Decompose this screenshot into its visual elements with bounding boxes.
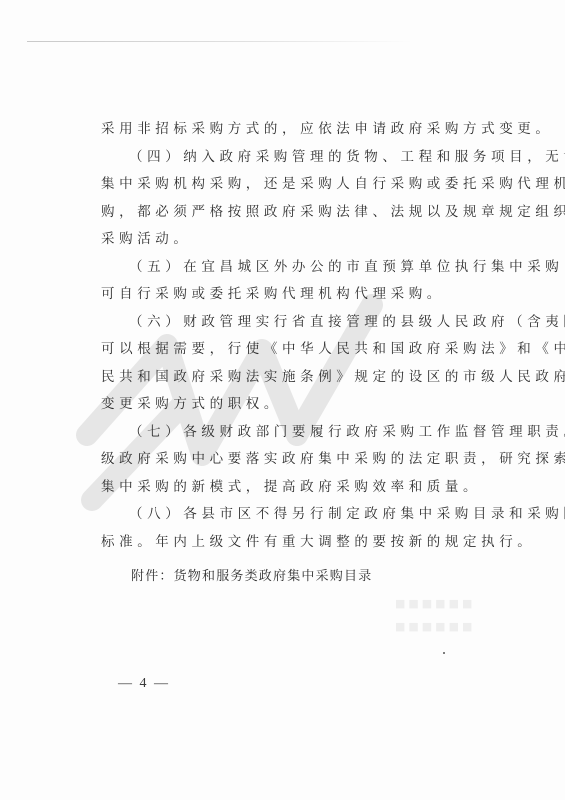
paragraph-6-start: （六）财政管理实行省直接管理的县级人民政府（含夷陵区） <box>101 309 493 337</box>
paragraph-7-start: （七）各级财政部门要履行政府采购工作监督管理职责。各 <box>101 419 493 447</box>
text-line: 变更采购方式的职权。 <box>101 391 493 419</box>
scan-speck <box>443 652 445 654</box>
text-line: 可以根据需要，行使《中华人民共和国政府采购法》和《中华人 <box>101 336 493 364</box>
attachment-label: 附件：货物和服务类政府集中采购目录 <box>131 565 372 589</box>
text-line: 集中采购机构采购，还是采购人自行采购或委托采购代理机构采 <box>101 171 493 199</box>
document-page: ■■■■■■ ■■■■■■ 采用非招标采购方式的，应依法申请政府采购方式变更。 … <box>0 0 565 800</box>
header-rule <box>27 41 412 42</box>
paragraph-4-start: （四）纳入政府采购管理的货物、工程和服务项目，无论是 <box>101 144 493 172</box>
text-line: 采用非招标采购方式的，应依法申请政府采购方式变更。 <box>101 116 493 144</box>
paragraph-5-start: （五）在宜昌城区外办公的市直预算单位执行集中采购目录， <box>101 254 493 282</box>
text-line: 集中采购的新模式，提高政府采购效率和质量。 <box>101 474 493 502</box>
bleed-through-text: ■■■■■■ <box>395 597 475 610</box>
text-line: 采购活动。 <box>101 226 493 254</box>
text-line: 可自行采购或委托采购代理机构代理采购。 <box>101 281 493 309</box>
text-line: 民共和国政府采购法实施条例》规定的设区的市级人民政府批准 <box>101 364 493 392</box>
bleed-through-text: ■■■■■■ <box>395 620 475 633</box>
paragraph-8-start: （八）各县市区不得另行制定政府集中采购目录和采购限额 <box>101 501 493 529</box>
document-body: 采用非招标采购方式的，应依法申请政府采购方式变更。 （四）纳入政府采购管理的货物… <box>101 116 493 556</box>
text-line: 购，都必须严格按照政府采购法律、法规以及规章规定组织实施 <box>101 199 493 227</box>
text-line: 标准。年内上级文件有重大调整的要按新的规定执行。 <box>101 529 493 557</box>
text-line: 级政府采购中心要落实政府集中采购的法定职责，研究探索政府 <box>101 446 493 474</box>
page-number: — 4 — <box>118 676 170 692</box>
